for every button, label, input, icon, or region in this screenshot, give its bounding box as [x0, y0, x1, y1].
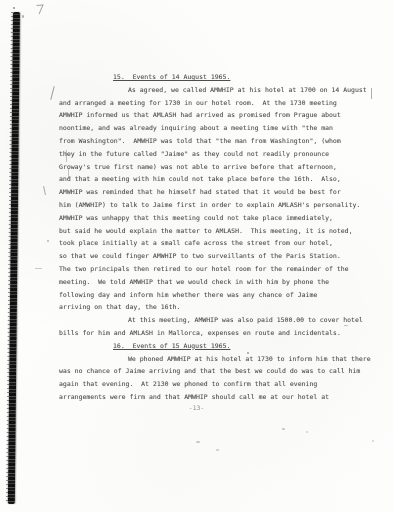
- text-line: The two principals then retired to our h…: [59, 263, 359, 276]
- text-line: following day and inform him whether the…: [59, 289, 359, 302]
- ink-speck: [196, 441, 200, 443]
- text-line: took place initially at a small cafe acr…: [59, 237, 359, 250]
- text-line: Groway's true first name) was not able t…: [59, 161, 359, 174]
- ink-speck: [47, 240, 49, 242]
- section-heading-16: 16. Events of 15 August 1965.: [113, 340, 359, 353]
- ink-speck: [282, 428, 285, 430]
- ink-speck: [216, 449, 219, 451]
- page-number: -13-: [0, 404, 393, 412]
- text-line: AMWHIP informed us that AMLASH had arriv…: [59, 109, 359, 122]
- text-line: but said he would explain the matter to …: [59, 225, 359, 238]
- text-line: We phoned AMWHIP at his hotel at 1730 to…: [59, 353, 359, 366]
- text-line: meeting. We told AMWHIP that we would ch…: [59, 276, 359, 289]
- text-line: and arranged a meeting for 1730 in our h…: [59, 97, 359, 110]
- stray-pencil-mark: [35, 268, 42, 269]
- text-line: was no chance of Jaime arriving and that…: [59, 365, 359, 378]
- stray-pencil-mark: [43, 186, 46, 195]
- paragraph-events-14-aug: As agreed, we called AMWHIP at his hotel…: [59, 84, 359, 314]
- ink-speck: [13, 7, 15, 9]
- text-line: arrangements were firm and that AMWHIP s…: [59, 391, 359, 404]
- paragraph-events-15-aug: We phoned AMWHIP at his hotel at 1730 to…: [59, 353, 359, 404]
- text-line: AMWHIP was unhappy that this meeting cou…: [59, 212, 359, 225]
- text-line: At this meeting, AMWHIP was also paid 15…: [59, 314, 359, 327]
- stray-pencil-mark: [371, 88, 372, 99]
- handwritten-seven-mark: [35, 4, 45, 15]
- ink-speck: [306, 431, 308, 433]
- binding-edge-strip: [8, 12, 20, 504]
- text-line: from Washington". AMWHIP was told that "…: [59, 135, 359, 148]
- section-heading-15: 15. Events of 14 August 1965.: [113, 71, 359, 84]
- text-line: As agreed, we called AMWHIP at his hotel…: [59, 84, 359, 97]
- text-line: noontime, and was already inquiring abou…: [59, 122, 359, 135]
- text-line: again that evening. At 2130 we phoned to…: [59, 378, 359, 391]
- paragraph-payment: At this meeting, AMWHIP was also paid 15…: [59, 314, 359, 340]
- text-line: bills for him and AMLASH in Mallorca, ex…: [59, 327, 359, 340]
- ink-speck: [372, 440, 374, 442]
- text-line: him (AMWHIP) to talk to Jaime first in o…: [59, 199, 359, 212]
- text-line: so that we could finger AMWHIP to two su…: [59, 250, 359, 263]
- text-line: and that a meeting with him could not ta…: [59, 173, 359, 186]
- document-body: 15. Events of 14 August 1965. As agreed,…: [59, 71, 359, 404]
- text-line: AMWHIP was reminded that he himself had …: [59, 186, 359, 199]
- stray-pencil-mark: [50, 86, 54, 100]
- text-line: arriving on that day, the 16th.: [59, 301, 359, 314]
- text-line: they in the future called "Jaime" as the…: [59, 148, 359, 161]
- ink-speck: [22, 15, 24, 18]
- scanned-page: 15. Events of 14 August 1965. As agreed,…: [0, 0, 393, 512]
